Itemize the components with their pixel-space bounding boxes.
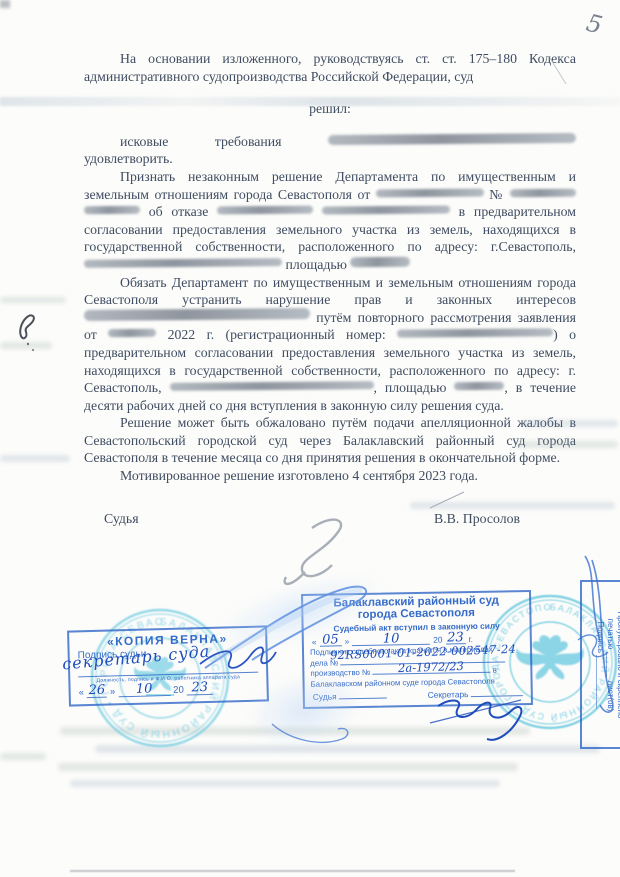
scan-edge-line — [70, 870, 515, 872]
judge-signature-stroke — [285, 520, 341, 584]
scanned-court-decision-page: На основании изложенного, руководствуясь… — [0, 0, 620, 877]
ink-speck — [27, 343, 29, 345]
pencil-mark — [550, 58, 566, 84]
pen-curl — [272, 724, 348, 742]
pen-strokes-overlay: 5 — [0, 0, 620, 877]
pen-flourish-smudge — [215, 590, 362, 660]
ink-blot — [20, 315, 34, 338]
pen-mark — [430, 492, 464, 508]
ink-speck — [32, 349, 34, 351]
handwritten-page-number: 5 — [584, 9, 606, 40]
stamp-signature-stroke — [438, 700, 521, 739]
